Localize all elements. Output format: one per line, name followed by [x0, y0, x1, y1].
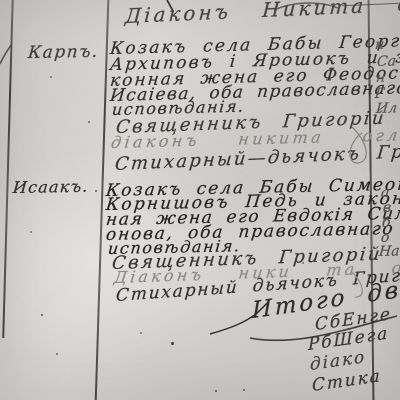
scan-speck [243, 389, 245, 391]
margin-name-entry1: Карпъ. [27, 44, 99, 62]
scan-speck [95, 190, 97, 192]
scan-speck [140, 332, 142, 334]
scan-speck [30, 231, 32, 233]
edge-fragment: Са [376, 54, 396, 69]
edge-fragment: н [374, 38, 384, 52]
edge-fragment: в [382, 201, 391, 215]
edge-fragment: На [378, 244, 400, 259]
edge-fragment: б [381, 216, 391, 230]
document-scan: Діаконъ Никита ор Карпъ. Исаакъ. Козакъ … [0, 0, 400, 400]
margin-name-entry2: Исаакъ. [12, 179, 89, 196]
edge-fragment: Г [374, 87, 385, 101]
scan-speck [50, 76, 52, 78]
scan-speck [56, 353, 58, 355]
edge-fragment: Ил [375, 101, 397, 116]
edge-fragment: а [380, 186, 390, 200]
scan-speck [88, 121, 90, 123]
scan-speck [302, 262, 304, 264]
table-rule-left [2, 0, 13, 338]
scan-speck [215, 390, 217, 392]
edge-fragment: н [375, 71, 385, 85]
scan-speck [171, 342, 174, 345]
header-handwritten-line: Діаконъ Никита ор [124, 0, 400, 26]
scan-speck [368, 84, 370, 86]
scan-speck [41, 314, 43, 316]
